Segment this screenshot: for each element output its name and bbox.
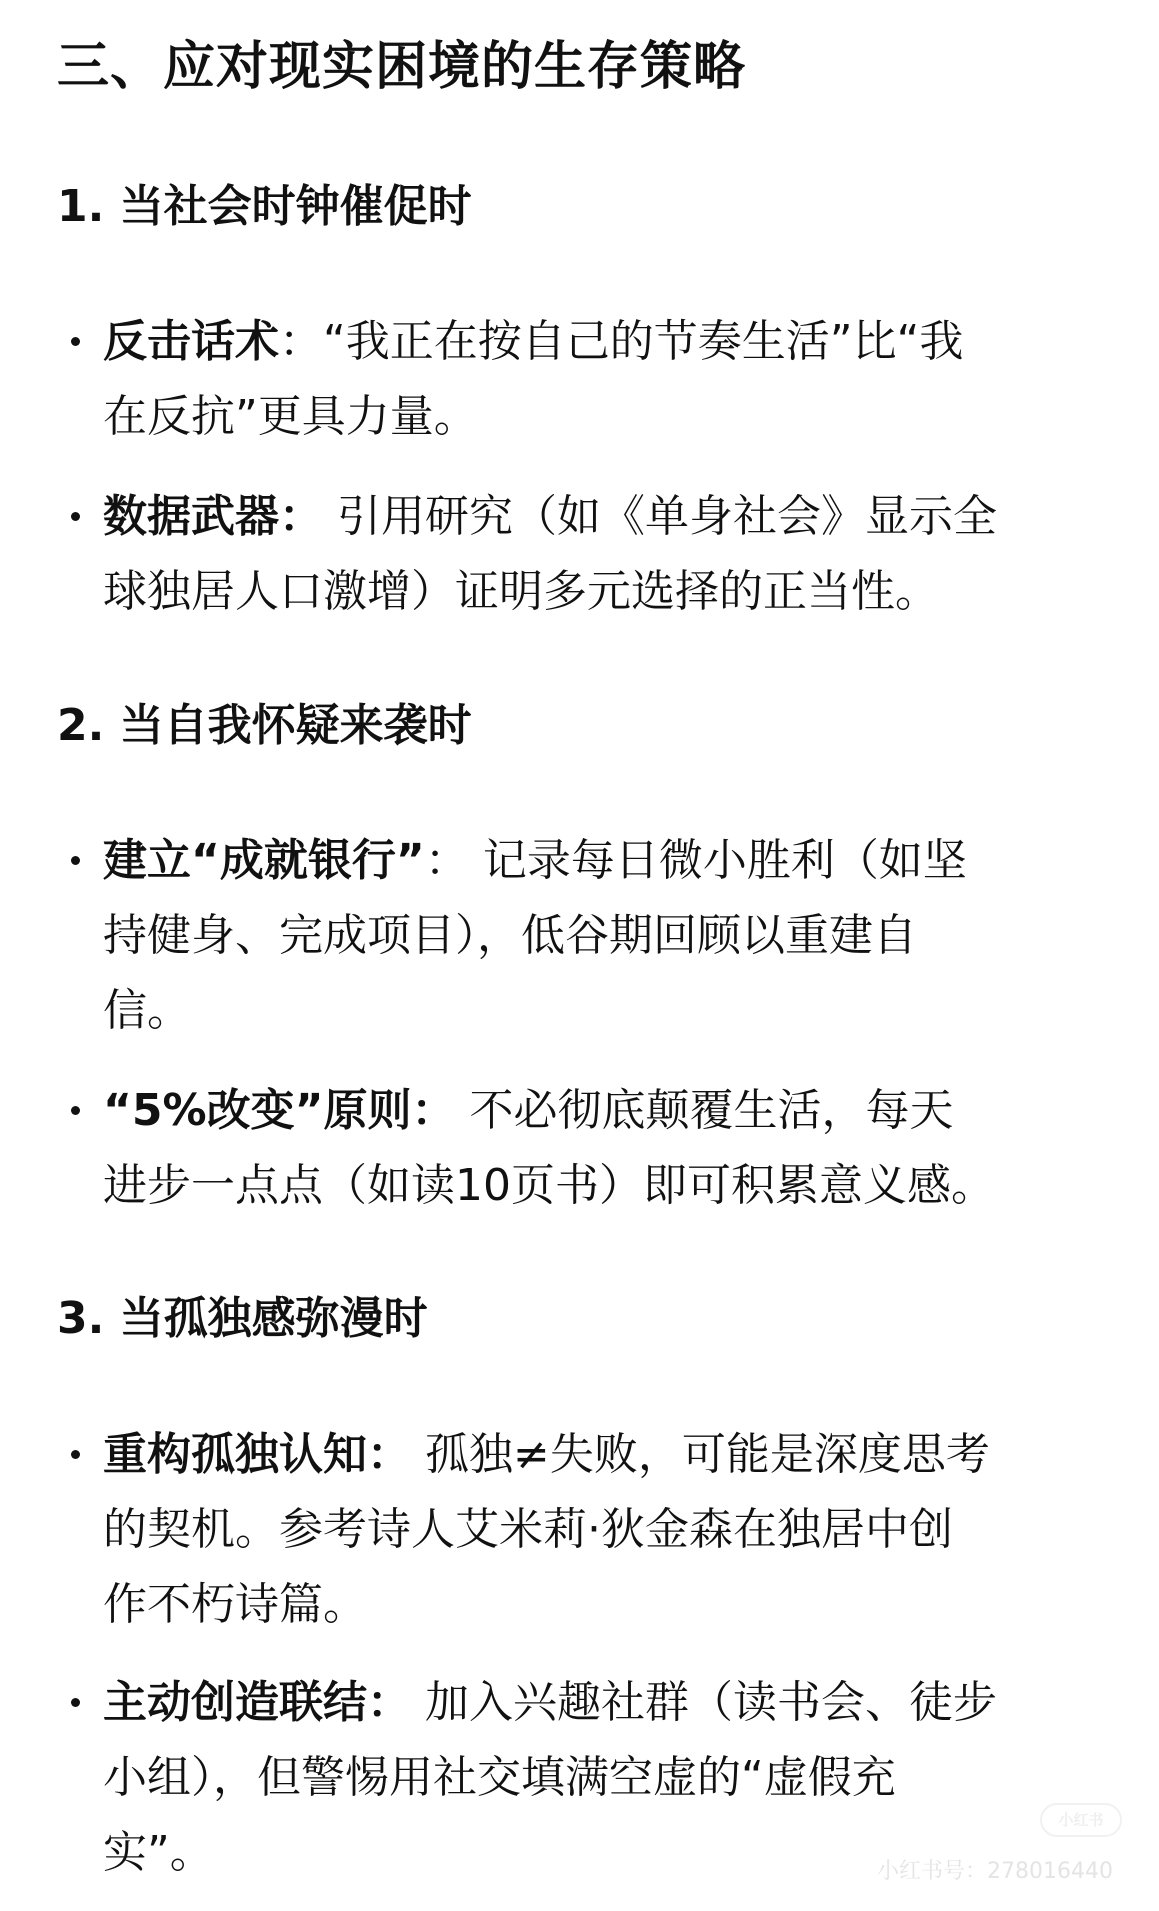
bullet-dot-icon xyxy=(71,1106,80,1115)
bullet-text: ：“我正在按自己的节奏生活”比“我 xyxy=(279,316,963,367)
bullet-line: 主动创造联结： 加入兴趣社群（读书会、徒步 xyxy=(103,1665,997,1740)
page-title: 三、应对现实困境的生存策略 xyxy=(57,32,746,102)
bullet-label: 反击话术 xyxy=(103,316,279,367)
bullet-line: 实”。 xyxy=(103,1815,214,1890)
bullet-dot-icon xyxy=(71,1450,80,1459)
bullet-label: 数据武器： xyxy=(103,491,323,542)
xiaohongshu-logo-icon: 小红书 xyxy=(1040,1803,1122,1837)
bullet-text: 孤独≠失败，可能是深度思考 xyxy=(411,1429,990,1480)
bullet-line: 信。 xyxy=(103,973,191,1048)
bullet-line: 作不朽诗篇。 xyxy=(103,1567,367,1642)
watermark-id: 小红书号：278016440 xyxy=(877,1858,1113,1886)
bullet-dot-icon xyxy=(71,856,80,865)
bullet-line: 持健身、完成项目），低谷期回顾以重建自 xyxy=(103,898,917,973)
bullet-line: 小组），但警惕用社交填满空虚的“虚假充 xyxy=(103,1740,896,1815)
section-heading-3: 3. 当孤独感弥漫时 xyxy=(57,1284,428,1354)
bullet-line: 的契机。参考诗人艾米莉·狄金森在独居中创 xyxy=(103,1492,953,1567)
bullet-dot-icon xyxy=(71,337,80,346)
bullet-line: 反击话术：“我正在按自己的节奏生活”比“我 xyxy=(103,304,963,379)
bullet-label: 重构孤独认知： xyxy=(103,1429,411,1480)
bullet-label: “5%改变”原则： xyxy=(103,1085,456,1136)
section-heading-1: 1. 当社会时钟催促时 xyxy=(57,172,472,242)
bullet-text: 不必彻底颠覆生活，每天 xyxy=(456,1085,954,1136)
bullet-line: “5%改变”原则： 不必彻底颠覆生活，每天 xyxy=(103,1073,954,1148)
bullet-text: 引用研究（如《单身社会》显示全 xyxy=(323,491,997,542)
bullet-text: 加入兴趣社群（读书会、徒步 xyxy=(411,1677,997,1728)
bullet-line: 球独居人口激增）证明多元选择的正当性。 xyxy=(103,554,939,629)
bullet-dot-icon xyxy=(71,512,80,521)
bullet-label: 建立“成就银行” xyxy=(103,835,425,886)
bullet-line: 建立“成就银行”： 记录每日微小胜利（如坚 xyxy=(103,823,967,898)
bullet-line: 进步一点点（如读10页书）即可积累意义感。 xyxy=(103,1148,995,1223)
bullet-text: ： 记录每日微小胜利（如坚 xyxy=(425,835,967,886)
bullet-line: 在反抗”更具力量。 xyxy=(103,379,478,454)
section-heading-2: 2. 当自我怀疑来袭时 xyxy=(57,691,472,761)
bullet-label: 主动创造联结： xyxy=(103,1677,411,1728)
bullet-dot-icon xyxy=(71,1698,80,1707)
bullet-line: 数据武器： 引用研究（如《单身社会》显示全 xyxy=(103,479,997,554)
bullet-line: 重构孤独认知： 孤独≠失败，可能是深度思考 xyxy=(103,1417,990,1492)
